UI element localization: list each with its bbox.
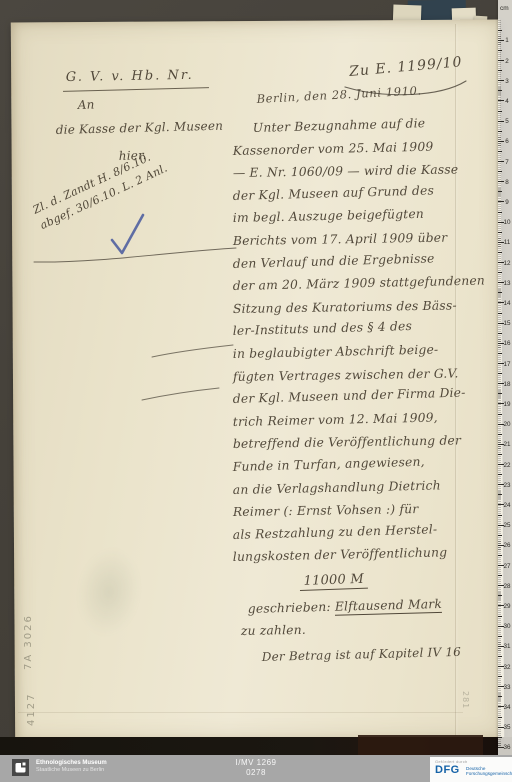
ruler-number: 16 <box>502 340 512 347</box>
ruler-half-tick <box>498 636 502 637</box>
ruler-half-tick <box>498 737 502 738</box>
ruler-number: 35 <box>502 724 512 731</box>
ruler-number: 33 <box>502 684 512 691</box>
ruler-half-tick <box>498 111 502 112</box>
dfg-logo: DFG <box>435 764 460 776</box>
ruler-half-tick <box>498 616 502 617</box>
ruler-half-tick <box>498 515 502 516</box>
ruler-number: 5 <box>502 118 512 125</box>
ruler: cm 1234567891011121314151617181920212223… <box>498 0 512 757</box>
ruler-half-tick <box>498 30 502 31</box>
ruler-half-tick <box>498 696 502 697</box>
ruler-half-tick <box>498 151 502 152</box>
ruler-half-tick <box>498 272 502 273</box>
ruler-half-tick <box>498 434 502 435</box>
ruler-number: 30 <box>502 623 512 630</box>
ruler-half-tick <box>498 50 502 51</box>
ruler-number: 34 <box>502 704 512 711</box>
ruler-half-tick <box>498 212 502 213</box>
ruler-half-tick <box>498 353 502 354</box>
addressee-salutation: An <box>78 97 95 112</box>
ruler-number: 22 <box>502 462 512 469</box>
ruler-half-tick <box>498 535 502 536</box>
ruler-half-tick <box>498 131 502 132</box>
ruler-number: 19 <box>502 401 512 408</box>
ruler-number: 25 <box>502 522 512 529</box>
amount-figure: 11000 M <box>299 572 368 591</box>
ruler-number: 29 <box>502 603 512 610</box>
ruler-number: 11 <box>502 239 512 246</box>
ruler-number: 36 <box>502 744 512 751</box>
ruler-half-tick <box>498 191 502 192</box>
file-reference: G. V. v. Hb. Nr. <box>66 68 194 85</box>
ruler-number: 1 <box>502 37 512 44</box>
amount-words-underlined: Elftausend Mark <box>335 597 443 616</box>
ruler-number: 7 <box>502 159 512 166</box>
ruler-number: 21 <box>502 441 512 448</box>
ruler-half-tick <box>498 373 502 374</box>
ruler-number: 20 <box>502 421 512 428</box>
ruler-number: 28 <box>502 583 512 590</box>
ruler-half-tick <box>498 595 502 596</box>
ruler-half-tick <box>498 474 502 475</box>
ruler-half-tick <box>498 292 502 293</box>
ruler-number: 8 <box>502 179 512 186</box>
amount-words-prefix: geschrieben: <box>248 600 335 616</box>
pencil-inventory-note: 7A 3026 <box>23 585 34 670</box>
ruler-half-tick <box>498 252 502 253</box>
ruler-half-tick <box>498 656 502 657</box>
ruler-half-tick <box>498 232 502 233</box>
ruler-half-tick <box>498 333 502 334</box>
ruler-number: 14 <box>502 300 512 307</box>
ruler-number: 26 <box>502 542 512 549</box>
ruler-number: 17 <box>502 361 512 368</box>
ruler-half-tick <box>498 393 502 394</box>
viewer-footer-bar: Ethnologisches Museum Staatliche Museen … <box>0 755 512 782</box>
pencil-number-note: 4127 <box>26 676 37 726</box>
horizontal-fold-crease <box>18 712 463 713</box>
ruler-unit-label: cm <box>500 5 512 12</box>
book-edge <box>358 735 483 757</box>
ruler-number: 4 <box>502 98 512 105</box>
ruler-number: 18 <box>502 381 512 388</box>
ruler-number: 32 <box>502 664 512 671</box>
ruler-half-tick <box>498 494 502 495</box>
ruler-number: 24 <box>502 502 512 509</box>
dfg-logo-patch: Gefördert durch DFG Deutsche Forschungsg… <box>430 757 512 782</box>
ruler-half-tick <box>498 90 502 91</box>
ruler-number: 23 <box>502 482 512 489</box>
ruler-number: 10 <box>502 219 512 226</box>
ruler-half-tick <box>498 555 502 556</box>
ruler-half-tick <box>498 414 502 415</box>
ruler-number: 13 <box>502 280 512 287</box>
document-scan-viewer: G. V. v. Hb. Nr. An die Kasse der Kgl. M… <box>0 0 512 782</box>
ruler-number: 31 <box>502 643 512 650</box>
ruler-number: 6 <box>502 138 512 145</box>
ruler-half-tick <box>498 171 502 172</box>
ruler-number: 27 <box>502 563 512 570</box>
ruler-number: 12 <box>502 260 512 267</box>
pencil-folio-number: 281 <box>461 691 470 709</box>
dfg-name: Deutsche Forschungsgemeinschaft <box>466 766 512 777</box>
ruler-half-tick <box>498 575 502 576</box>
dfg-name-line: Forschungsgemeinschaft <box>466 771 512 776</box>
ruler-number: 15 <box>502 320 512 327</box>
ruler-half-tick <box>498 676 502 677</box>
letter-line: fügten Vertrages zwischen der G.V. <box>233 366 459 384</box>
ruler-number: 3 <box>502 78 512 85</box>
ruler-half-tick <box>498 70 502 71</box>
ruler-number: 9 <box>502 199 512 206</box>
ruler-number: 2 <box>502 58 512 65</box>
closing-line: zu zahlen. <box>241 623 306 638</box>
ruler-half-tick <box>498 717 502 718</box>
ruler-half-tick <box>498 313 502 314</box>
ruler-half-tick <box>498 454 502 455</box>
